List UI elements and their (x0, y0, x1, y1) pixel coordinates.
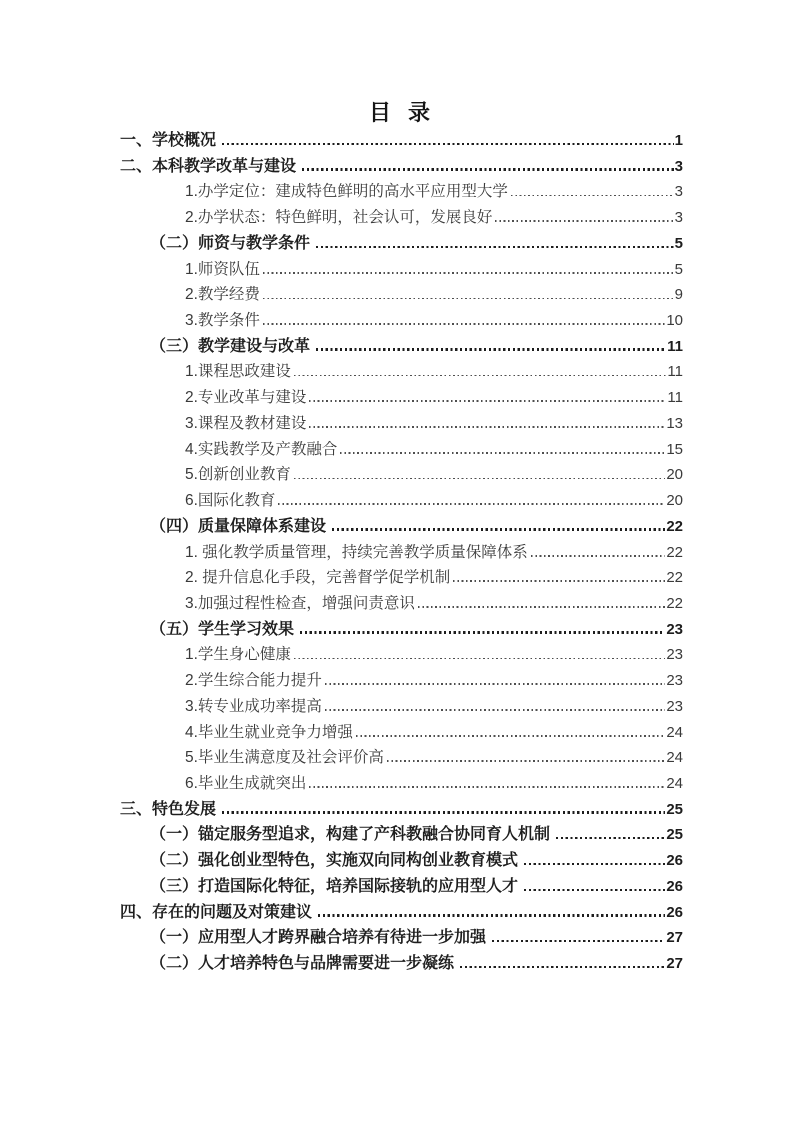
toc-entry-page-number: 11 (667, 385, 683, 411)
toc-entry-label: （三）打造国际化特征，培养国际接轨的应用型人才 (150, 874, 518, 900)
toc-entry-label: （四）质量保障体系建设 (150, 514, 326, 540)
toc-entry-page-number: 24 (666, 745, 683, 771)
toc-dot-leader (278, 503, 665, 505)
toc-entry[interactable]: 二、本科教学改革与建设 3 (120, 154, 683, 180)
toc-dot-leader (387, 760, 665, 762)
toc-entry-label: 2.教学经费 (185, 282, 260, 308)
toc-entry[interactable]: （二）强化创业型特色，实施双向同构创业教育模式 26 (120, 848, 683, 874)
toc-entry-label: 2.办学状态：特色鲜明，社会认可，发展良好 (185, 205, 492, 231)
toc-entry-label: 四、存在的问题及对策建议 (120, 900, 312, 926)
toc-entry-label: （五）学生学习效果 (150, 617, 294, 643)
toc-entry-label: 6.毕业生成就突出 (185, 771, 306, 797)
toc-dot-leader (325, 683, 665, 685)
toc-entry[interactable]: 2.专业改革与建设 11 (120, 385, 683, 411)
toc-entry-page-number: 27 (666, 925, 683, 951)
toc-entry-page-number: 5 (675, 231, 683, 257)
toc-entry[interactable]: 1.师资队伍 5 (120, 257, 683, 283)
toc-entry-label: 5.毕业生满意度及社会评价高 (185, 745, 384, 771)
toc-entry-page-number: 22 (666, 565, 683, 591)
toc-dot-leader (325, 709, 665, 711)
toc-entry-page-number: 24 (666, 771, 683, 797)
toc-entry[interactable]: 4.实践教学及产教融合 15 (120, 437, 683, 463)
toc-dot-leader (222, 811, 665, 813)
toc-dot-leader (524, 889, 665, 891)
toc-entry-label: 3.教学条件 (185, 308, 260, 334)
toc-entry-page-number: 25 (666, 797, 683, 823)
toc-dot-leader (356, 735, 665, 737)
toc-entry-page-number: 1 (675, 128, 683, 154)
toc-entry-label: 1. 强化教学质量管理，持续完善教学质量保障体系 (185, 540, 528, 566)
toc-entry-label: 2. 提升信息化手段，完善督学促学机制 (185, 565, 450, 591)
toc-entry-page-number: 15 (666, 437, 683, 463)
toc-entry-label: 6.国际化教育 (185, 488, 275, 514)
toc-entry-page-number: 27 (666, 951, 683, 977)
toc-entry[interactable]: 3.转专业成功率提高 23 (120, 694, 683, 720)
toc-entry-label: 1.课程思政建设 (185, 359, 291, 385)
toc-entry-page-number: 20 (666, 462, 683, 488)
toc-dot-leader (294, 375, 666, 377)
toc-entry-page-number: 3 (675, 154, 683, 180)
toc-entry-page-number: 11 (667, 359, 683, 385)
toc-entry-label: 1.办学定位：建成特色鲜明的高水平应用型大学 (185, 179, 508, 205)
toc-entry-label: 3.加强过程性检查，增强问责意识 (185, 591, 415, 617)
toc-entry-page-number: 5 (675, 257, 683, 283)
toc-dot-leader (263, 323, 665, 325)
toc-entry[interactable]: 5.毕业生满意度及社会评价高 24 (120, 745, 683, 771)
toc-dot-leader (316, 246, 674, 248)
toc-entry-page-number: 9 (675, 282, 683, 308)
toc-entry[interactable]: 2.教学经费 9 (120, 282, 683, 308)
toc-title: 目 录 (0, 96, 800, 127)
toc-entry-page-number: 22 (666, 540, 683, 566)
toc-entry-page-number: 13 (666, 411, 683, 437)
toc-entry-label: （二）师资与教学条件 (150, 231, 310, 257)
toc-entry-page-number: 20 (666, 488, 683, 514)
toc-dot-leader (511, 195, 674, 197)
toc-entry[interactable]: 1.课程思政建设 11 (120, 359, 683, 385)
toc-entry[interactable]: （三）打造国际化特征，培养国际接轨的应用型人才 26 (120, 874, 683, 900)
toc-entry-page-number: 26 (666, 900, 683, 926)
toc-dot-leader (300, 631, 665, 633)
toc-entry[interactable]: 四、存在的问题及对策建议 26 (120, 900, 683, 926)
toc-entry-page-number: 25 (666, 822, 683, 848)
toc-entry-label: （二）强化创业型特色，实施双向同构创业教育模式 (150, 848, 518, 874)
toc-entry[interactable]: （二）人才培养特色与品牌需要进一步凝练 27 (120, 951, 683, 977)
toc-dot-leader (340, 452, 665, 454)
toc-dot-leader (495, 220, 673, 222)
toc-dot-leader (294, 658, 665, 660)
toc-dot-leader (263, 298, 674, 300)
document-page: 目 录 一、学校概况 1 二、本科教学改革与建设 3 1.办学定位：建成特色鲜明… (0, 0, 800, 1139)
toc-dot-leader (309, 786, 665, 788)
toc-entry[interactable]: 3.课程及教材建设 13 (120, 411, 683, 437)
toc-entry-label: （一）应用型人才跨界融合培养有待进一步加强 (150, 925, 486, 951)
toc-entry-label: 5.创新创业教育 (185, 462, 291, 488)
toc-entry-page-number: 23 (666, 642, 683, 668)
toc-entry-page-number: 22 (666, 591, 683, 617)
toc-dot-leader (492, 940, 665, 942)
toc-entry[interactable]: （二）师资与教学条件 5 (120, 231, 683, 257)
toc-entry-label: 1.学生身心健康 (185, 642, 291, 668)
toc-entry[interactable]: 1.学生身心健康 23 (120, 642, 683, 668)
toc-entry-page-number: 26 (666, 874, 683, 900)
toc-entry-page-number: 23 (666, 668, 683, 694)
toc-dot-leader (263, 272, 674, 274)
toc-entry[interactable]: （四）质量保障体系建设 22 (120, 514, 683, 540)
toc-dot-leader (318, 914, 665, 916)
toc-entry[interactable]: 4.毕业生就业竞争力增强 24 (120, 720, 683, 746)
toc-entry-page-number: 11 (667, 334, 683, 360)
toc-entry[interactable]: （三）教学建设与改革 11 (120, 334, 683, 360)
toc-entry-label: 3.课程及教材建设 (185, 411, 306, 437)
toc-entry[interactable]: 5.创新创业教育 20 (120, 462, 683, 488)
toc-entry[interactable]: 6.毕业生成就突出 24 (120, 771, 683, 797)
toc-dot-leader (556, 837, 665, 839)
toc-entry-label: （一）锚定服务型追求，构建了产科教融合协同育人机制 (150, 822, 550, 848)
toc-entry-page-number: 3 (675, 205, 683, 231)
toc-entry-label: 三、特色发展 (120, 797, 216, 823)
toc-entry-label: 一、学校概况 (120, 128, 216, 154)
toc-entry-page-number: 23 (666, 617, 683, 643)
toc-entry-page-number: 3 (675, 179, 683, 205)
toc-entry-label: 4.毕业生就业竞争力增强 (185, 720, 353, 746)
toc-dot-leader (453, 580, 665, 582)
toc-dot-leader (222, 143, 674, 145)
toc-entry-page-number: 24 (666, 720, 683, 746)
toc-dot-leader (524, 863, 665, 865)
toc-entry-label: （二）人才培养特色与品牌需要进一步凝练 (150, 951, 454, 977)
toc-entry[interactable]: 2.办学状态：特色鲜明，社会认可，发展良好 3 (120, 205, 683, 231)
toc-entry[interactable]: （五）学生学习效果 23 (120, 617, 683, 643)
toc-entry-label: 二、本科教学改革与建设 (120, 154, 296, 180)
toc-entry[interactable]: 2.学生综合能力提升 23 (120, 668, 683, 694)
toc-entry-label: 2.专业改革与建设 (185, 385, 306, 411)
toc-dot-leader (332, 528, 665, 530)
toc-entry[interactable]: 3.加强过程性检查，增强问责意识 22 (120, 591, 683, 617)
toc-entry-page-number: 26 (666, 848, 683, 874)
toc-entry-page-number: 22 (666, 514, 683, 540)
toc-entry[interactable]: 一、学校概况 1 (120, 128, 683, 154)
toc-entry[interactable]: 三、特色发展 25 (120, 797, 683, 823)
toc-dot-leader (309, 426, 665, 428)
toc-entry-label: 1.师资队伍 (185, 257, 260, 283)
toc-entry[interactable]: 6.国际化教育 20 (120, 488, 683, 514)
toc-entry[interactable]: 2. 提升信息化手段，完善督学促学机制 22 (120, 565, 683, 591)
toc-entry[interactable]: （一）应用型人才跨界融合培养有待进一步加强 27 (120, 925, 683, 951)
toc-entry-label: （三）教学建设与改革 (150, 334, 310, 360)
toc-dot-leader (531, 555, 666, 557)
toc-dot-leader (302, 168, 674, 170)
toc-dot-leader (309, 400, 666, 402)
toc-entry[interactable]: 1. 强化教学质量管理，持续完善教学质量保障体系 22 (120, 540, 683, 566)
table-of-contents: 一、学校概况 1 二、本科教学改革与建设 3 1.办学定位：建成特色鲜明的高水平… (120, 128, 683, 977)
toc-dot-leader (418, 606, 665, 608)
toc-entry-label: 4.实践教学及产教融合 (185, 437, 337, 463)
toc-dot-leader (460, 966, 665, 968)
toc-entry[interactable]: 1.办学定位：建成特色鲜明的高水平应用型大学 3 (120, 179, 683, 205)
toc-dot-leader (316, 348, 666, 350)
toc-entry-page-number: 23 (666, 694, 683, 720)
toc-entry[interactable]: 3.教学条件 10 (120, 308, 683, 334)
toc-entry-label: 2.学生综合能力提升 (185, 668, 322, 694)
toc-entry-label: 3.转专业成功率提高 (185, 694, 322, 720)
toc-entry-page-number: 10 (666, 308, 683, 334)
toc-entry[interactable]: （一）锚定服务型追求，构建了产科教融合协同育人机制 25 (120, 822, 683, 848)
toc-dot-leader (294, 478, 665, 480)
